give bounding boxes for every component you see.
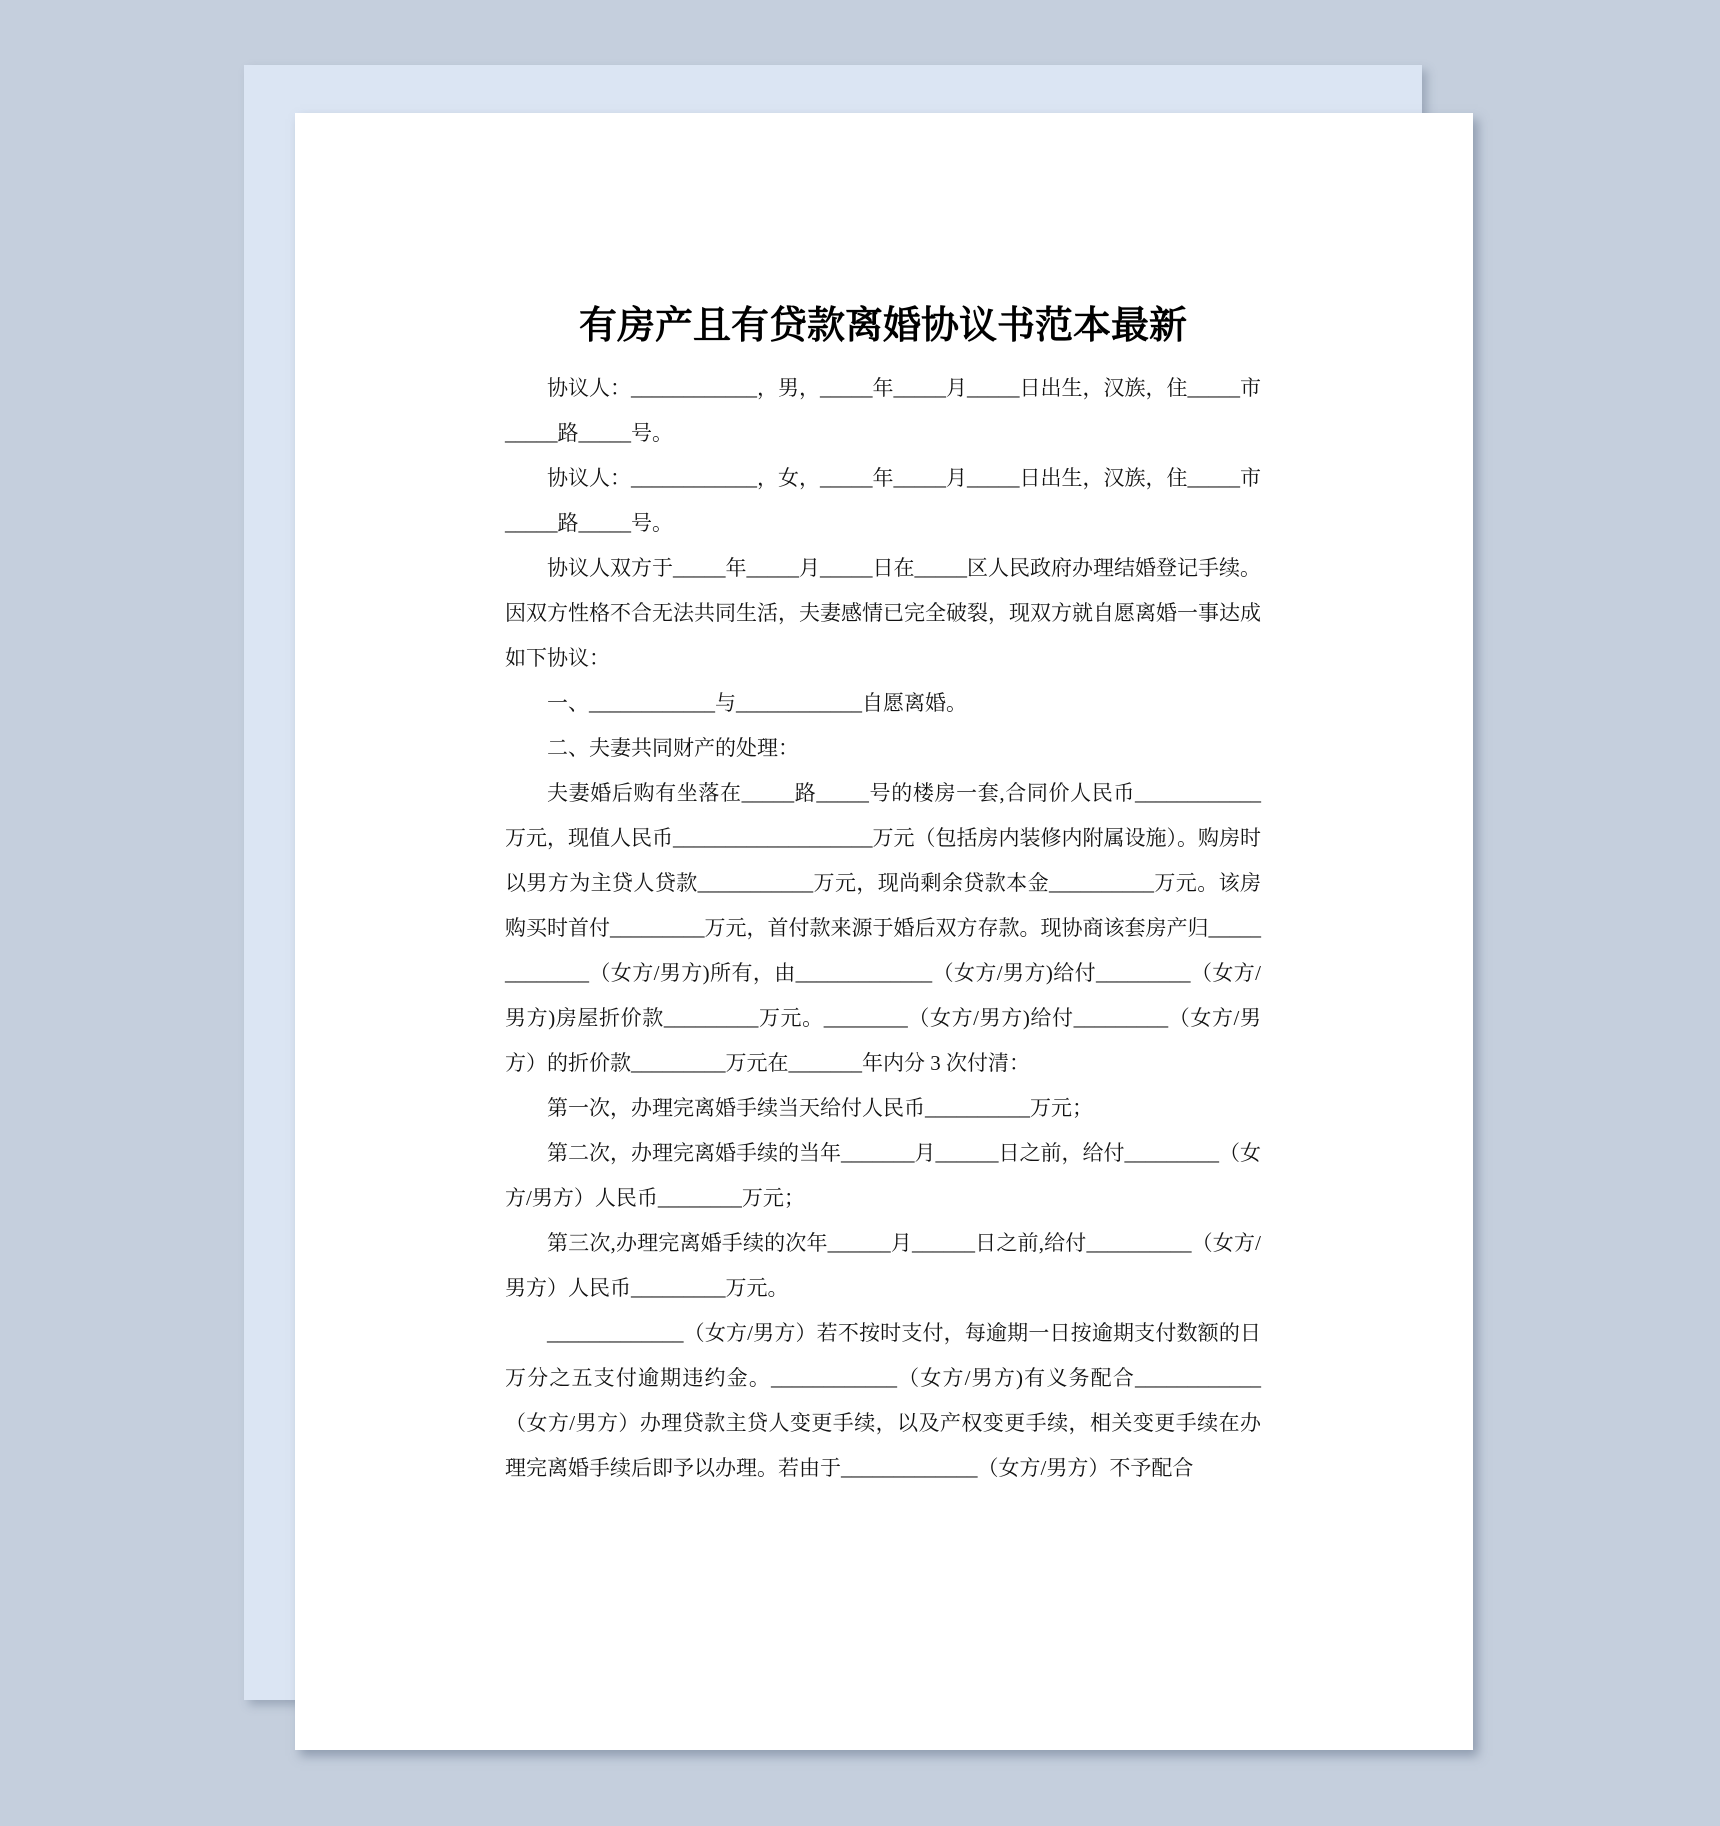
paragraph-property-details: 夫妻婚后购有坐落在_____路_____号的楼房一套,合同价人民币_______… xyxy=(505,771,1261,1086)
document-body: 协议人：____________，男，_____年_____月_____日出生，… xyxy=(505,366,1261,1491)
paragraph-payment-third: 第三次,办理完离婚手续的次年______月______日之前,给付_______… xyxy=(505,1221,1261,1311)
paragraph-late-payment-penalty: _____________（女方/男方）若不按时支付，每逾期一日按逾期支付数额的… xyxy=(505,1311,1261,1491)
paragraph-clause-1-divorce: 一、____________与____________自愿离婚。 xyxy=(505,681,1261,726)
paragraph-party-b: 协议人：____________，女，_____年_____月_____日出生，… xyxy=(505,456,1261,546)
paragraph-party-a: 协议人：____________，男，_____年_____月_____日出生，… xyxy=(505,366,1261,456)
paragraph-payment-second: 第二次，办理完离婚手续的当年_______月______日之前，给付______… xyxy=(505,1131,1261,1221)
document-page: 有房产且有贷款离婚协议书范本最新 协议人：____________，男，____… xyxy=(295,113,1473,1750)
desktop-background: 有房产且有贷款离婚协议书范本最新 协议人：____________，男，____… xyxy=(0,0,1720,1826)
paragraph-payment-first: 第一次，办理完离婚手续当天给付人民币__________万元； xyxy=(505,1086,1261,1131)
document-content: 有房产且有贷款离婚协议书范本最新 协议人：____________，男，____… xyxy=(295,113,1473,1750)
paragraph-marriage-registration: 协议人双方于_____年_____月_____日在_____区人民政府办理结婚登… xyxy=(505,546,1261,681)
document-title: 有房产且有贷款离婚协议书范本最新 xyxy=(505,301,1261,352)
paragraph-clause-2-heading: 二、夫妻共同财产的处理： xyxy=(505,726,1261,771)
